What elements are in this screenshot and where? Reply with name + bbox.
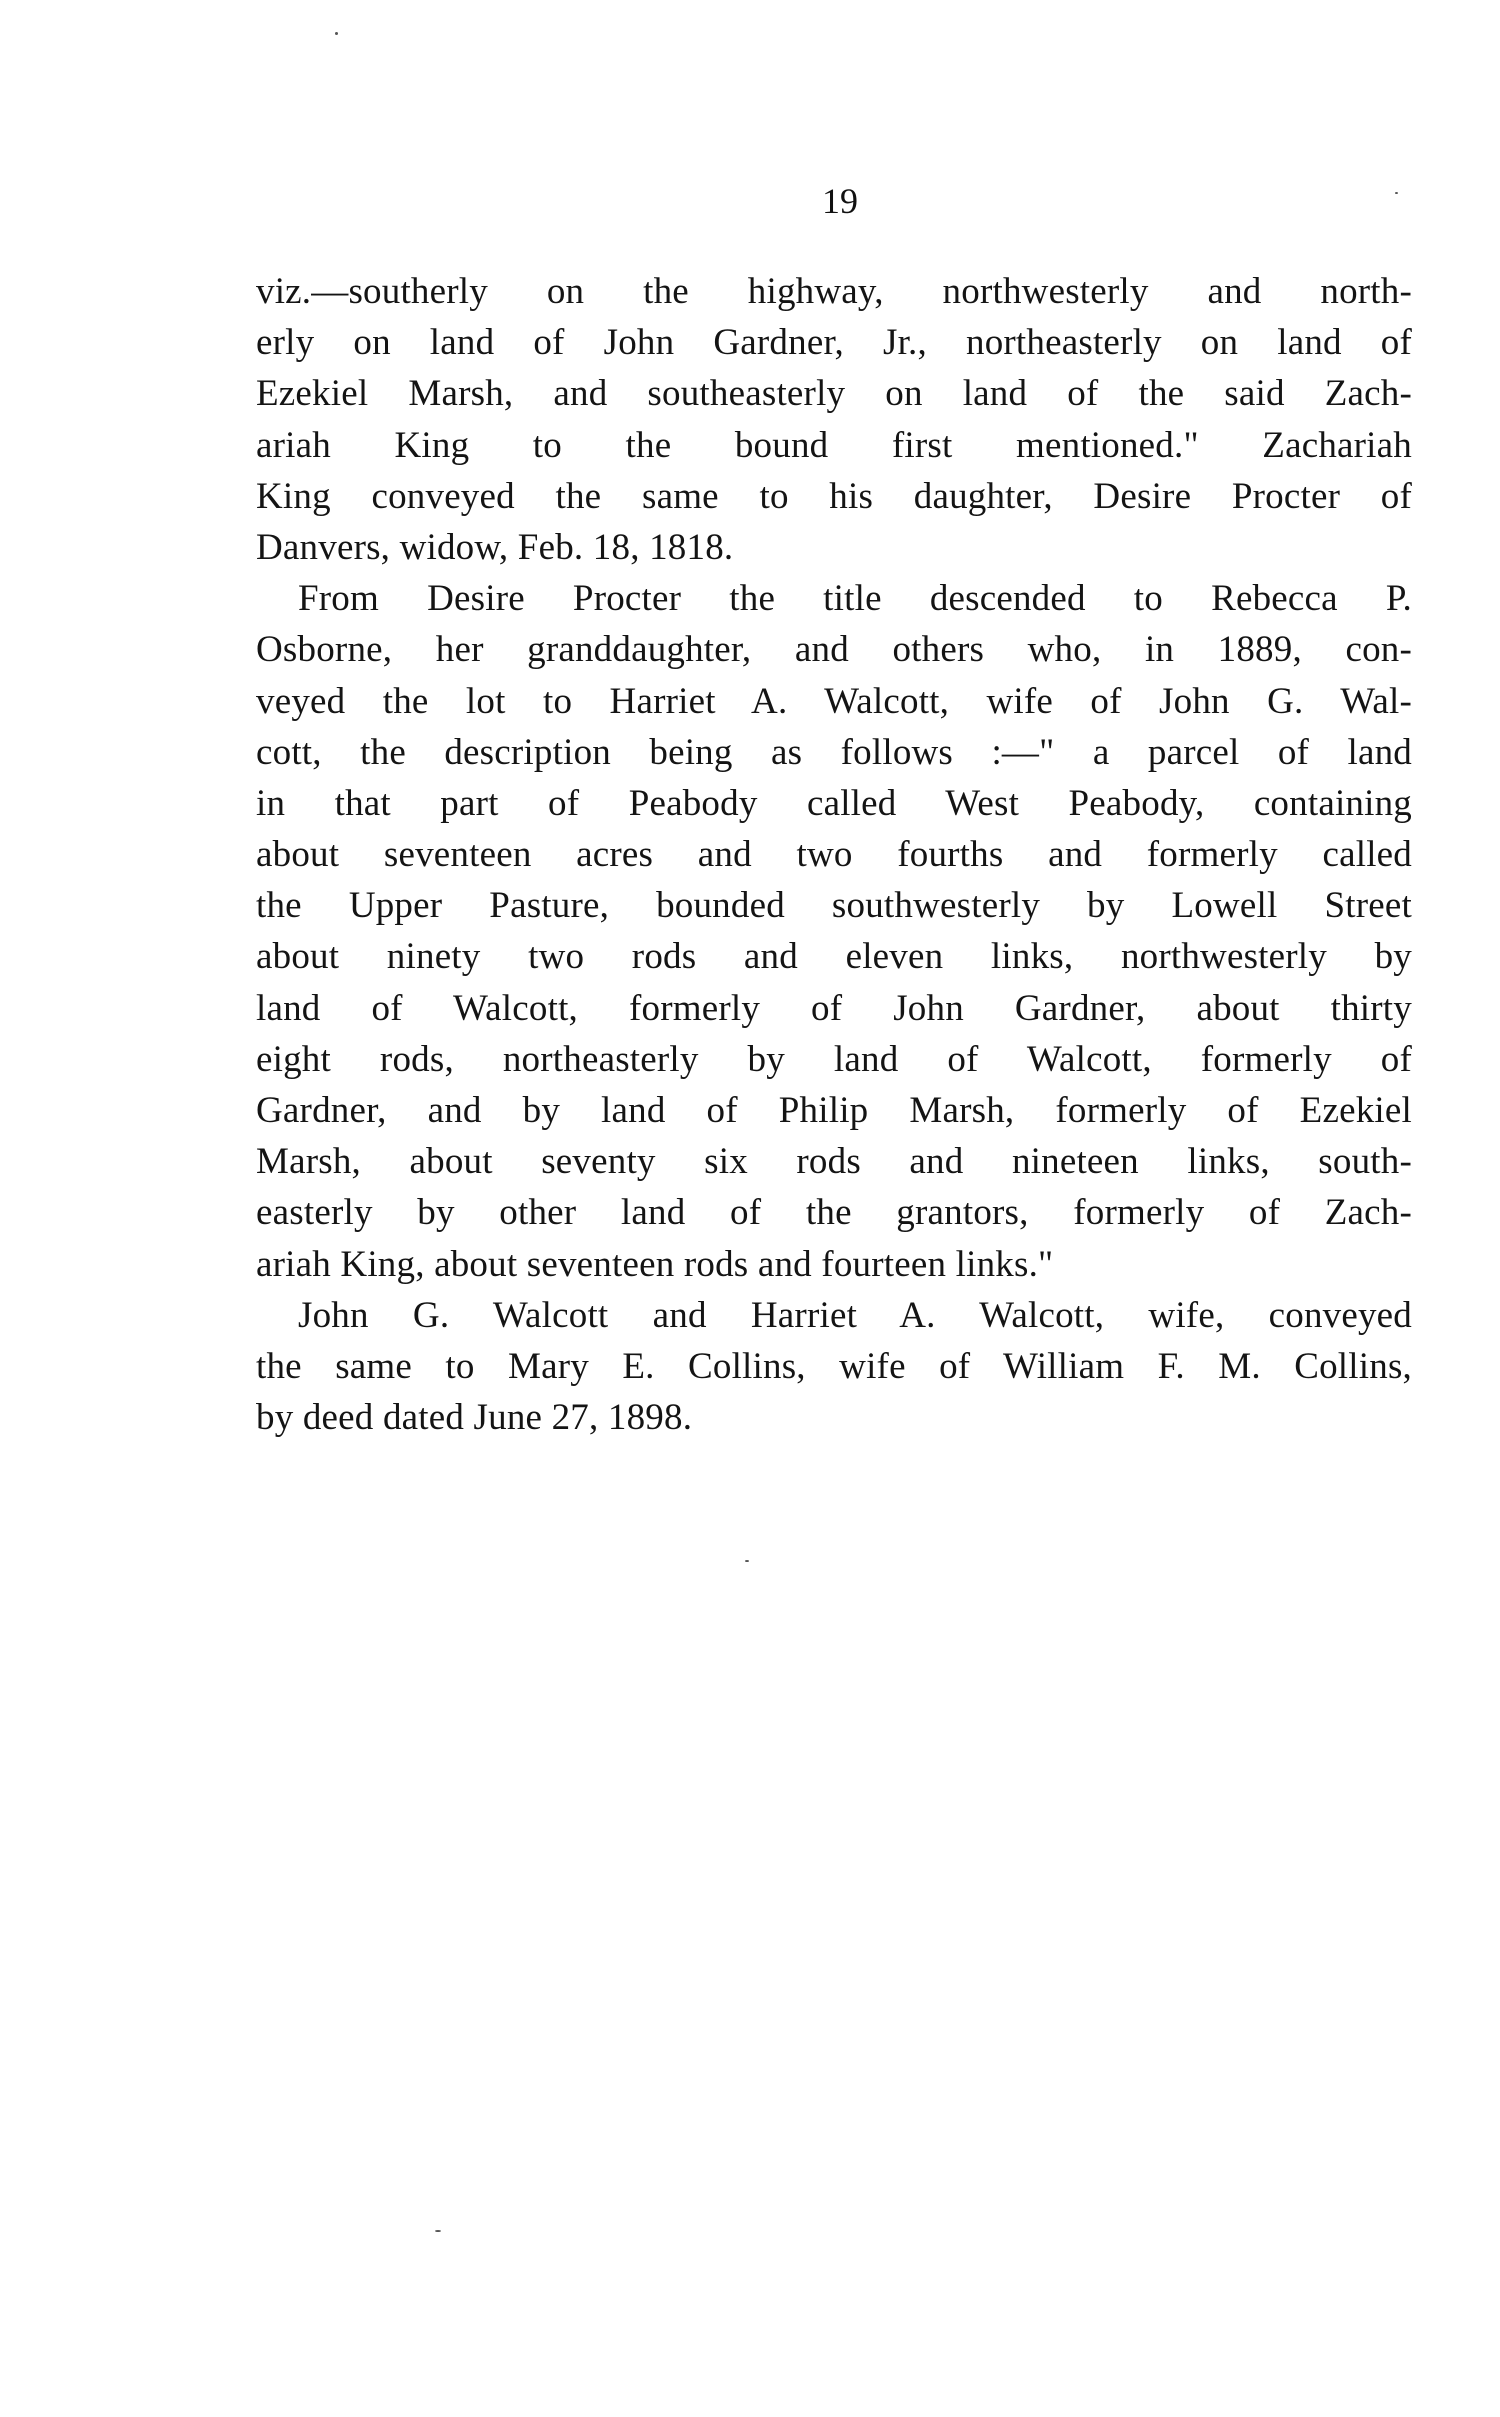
body-text: viz.—southerly on the highway, northwest… [256,266,1412,1443]
scan-speck [1395,192,1398,194]
text-line: in that part of Peabody called West Peab… [256,778,1412,829]
text-line: about seventeen acres and two fourths an… [256,829,1412,880]
text-line: Marsh, about seventy six rods and ninete… [256,1136,1412,1187]
text-line: the Upper Pasture, bounded southwesterly… [256,880,1412,931]
text-line: King conveyed the same to his daughter, … [256,471,1412,522]
text-line: cott, the description being as follows :… [256,727,1412,778]
text-line: ariah King to the bound first mentioned.… [256,420,1412,471]
text-line: land of Walcott, formerly of John Gardne… [256,983,1412,1034]
text-line: Gardner, and by land of Philip Marsh, fo… [256,1085,1412,1136]
scan-speck [435,2230,441,2232]
scan-speck [335,32,338,35]
text-line: John G. Walcott and Harriet A. Walcott, … [256,1290,1412,1341]
text-line: by deed dated June 27, 1898. [256,1392,1412,1443]
text-line: erly on land of John Gardner, Jr., north… [256,317,1412,368]
text-line: veyed the lot to Harriet A. Walcott, wif… [256,676,1412,727]
scan-speck [745,1560,749,1562]
text-line: easterly by other land of the grantors, … [256,1187,1412,1238]
text-line: Osborne, her granddaughter, and others w… [256,624,1412,675]
text-line: about ninety two rods and eleven links, … [256,931,1412,982]
text-line: eight rods, northeasterly by land of Wal… [256,1034,1412,1085]
text-line: Danvers, widow, Feb. 18, 1818. [256,522,1412,573]
text-line: ariah King, about seventeen rods and fou… [256,1239,1412,1290]
page-number: 19 [0,180,1500,222]
text-line: Ezekiel Marsh, and southeasterly on land… [256,368,1412,419]
text-line: the same to Mary E. Collins, wife of Wil… [256,1341,1412,1392]
text-line: From Desire Procter the title descended … [256,573,1412,624]
text-line: viz.—southerly on the highway, northwest… [256,266,1412,317]
